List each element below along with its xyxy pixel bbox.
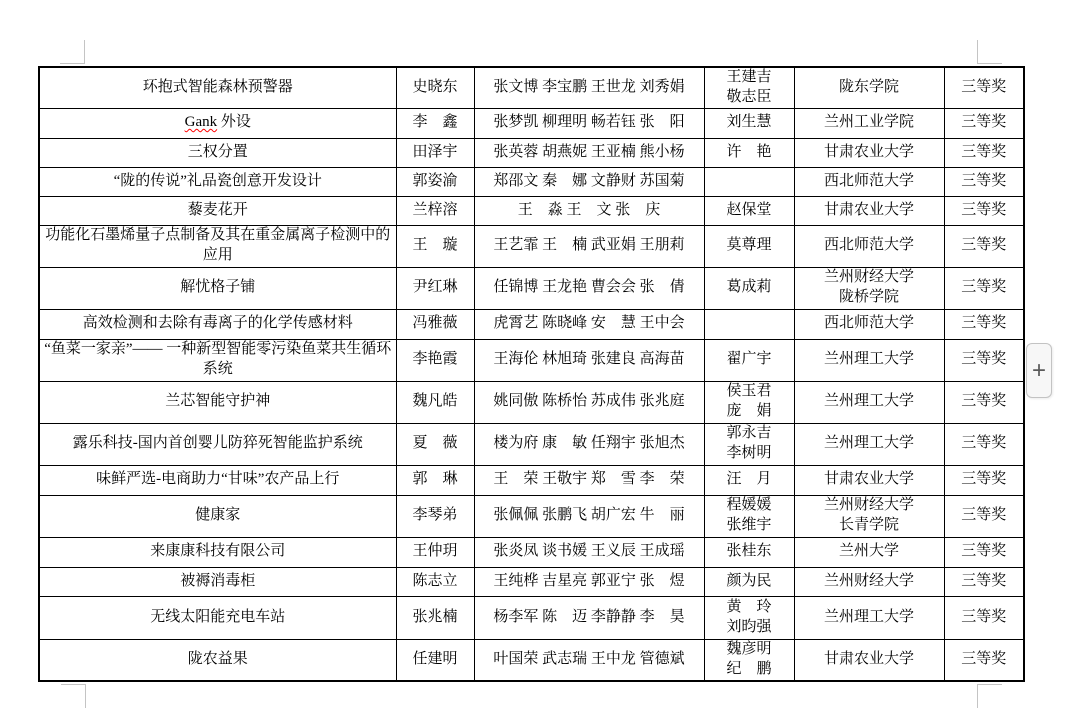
cell-advisor[interactable]: 赵保堂 <box>704 196 794 225</box>
awards-table: 环抱式智能森林预警器史晓东张文博 李宝鹏 王世龙 刘秀娟王建吉敬志臣陇东学院三等… <box>38 66 1025 682</box>
cell-school[interactable]: 兰州财经大学长青学院 <box>794 495 944 537</box>
cell-advisor[interactable]: 许 艳 <box>704 138 794 167</box>
cell-leader[interactable]: 兰梓溶 <box>396 196 474 225</box>
table-row: 露乐科技-国内首创婴儿防猝死智能监护系统夏 薇楼为府 康 敏 任翔宇 张旭杰郭永… <box>39 423 1024 465</box>
cell-school[interactable]: 兰州财经大学陇桥学院 <box>794 267 944 309</box>
cell-project[interactable]: 功能化石墨烯量子点制备及其在重金属离子检测中的应用 <box>39 225 396 267</box>
cell-advisor[interactable]: 魏彦明纪 鹏 <box>704 639 794 681</box>
add-button[interactable]: + <box>1026 343 1052 398</box>
cell-advisor[interactable]: 郭永吉李树明 <box>704 423 794 465</box>
table-row: 被褥消毒柜陈志立王纯桦 吉星亮 郭亚宁 张 煜颜为民兰州财经大学三等奖 <box>39 567 1024 596</box>
cell-members[interactable]: 王 淼 王 文 张 庆 <box>474 196 704 225</box>
cell-advisor[interactable] <box>704 167 794 196</box>
cell-members[interactable]: 姚同傲 陈桥怡 苏成伟 张兆庭 <box>474 381 704 423</box>
cell-members[interactable]: 虎霄艺 陈晓峰 安 慧 王中会 <box>474 309 704 339</box>
cell-school[interactable]: 甘肃农业大学 <box>794 196 944 225</box>
cell-award[interactable]: 三等奖 <box>944 108 1024 138</box>
cell-award[interactable]: 三等奖 <box>944 67 1024 108</box>
cell-project[interactable]: 健康家 <box>39 495 396 537</box>
cell-members[interactable]: 张英蓉 胡燕妮 王亚楠 熊小杨 <box>474 138 704 167</box>
cell-award[interactable]: 三等奖 <box>944 639 1024 681</box>
cell-award[interactable]: 三等奖 <box>944 423 1024 465</box>
cell-project[interactable]: 高效检测和去除有毒离子的化学传感材料 <box>39 309 396 339</box>
cell-award[interactable]: 三等奖 <box>944 138 1024 167</box>
cell-members[interactable]: 张炎凤 谈书媛 王义辰 王成瑶 <box>474 537 704 567</box>
cell-award[interactable]: 三等奖 <box>944 309 1024 339</box>
cell-advisor[interactable]: 颜为民 <box>704 567 794 596</box>
page-corner-mark-top-right <box>977 40 1002 64</box>
cell-members[interactable]: 叶国荣 武志瑞 王中龙 管德斌 <box>474 639 704 681</box>
cell-members[interactable]: 王海伦 林旭琦 张建良 高海苗 <box>474 339 704 381</box>
cell-advisor[interactable]: 汪 月 <box>704 465 794 495</box>
cell-project[interactable]: 兰芯智能守护神 <box>39 381 396 423</box>
cell-school[interactable]: 兰州理工大学 <box>794 381 944 423</box>
cell-school[interactable]: 西北师范大学 <box>794 167 944 196</box>
cell-project[interactable]: 三权分置 <box>39 138 396 167</box>
cell-school[interactable]: 甘肃农业大学 <box>794 138 944 167</box>
cell-leader[interactable]: 冯雅薇 <box>396 309 474 339</box>
table-row: 来康康科技有限公司王仲玥张炎凤 谈书媛 王义辰 王成瑶张桂东兰州大学三等奖 <box>39 537 1024 567</box>
cell-members[interactable]: 王 荣 王敬宇 郑 雪 李 荣 <box>474 465 704 495</box>
page-corner-mark-bottom-left <box>61 684 86 708</box>
cell-members[interactable]: 张文博 李宝鹏 王世龙 刘秀娟 <box>474 67 704 108</box>
page-corner-mark-top-left <box>60 40 85 64</box>
cell-school[interactable]: 兰州财经大学 <box>794 567 944 596</box>
cell-leader[interactable]: 李 鑫 <box>396 108 474 138</box>
cell-leader[interactable]: 尹红琳 <box>396 267 474 309</box>
cell-advisor[interactable]: 莫尊理 <box>704 225 794 267</box>
cell-leader[interactable]: 张兆楠 <box>396 596 474 639</box>
cell-leader[interactable]: 魏凡皓 <box>396 381 474 423</box>
cell-leader[interactable]: 王 璇 <box>396 225 474 267</box>
cell-advisor[interactable]: 翟广宇 <box>704 339 794 381</box>
cell-award[interactable]: 三等奖 <box>944 495 1024 537</box>
cell-school[interactable]: 西北师范大学 <box>794 225 944 267</box>
cell-school[interactable]: 兰州工业学院 <box>794 108 944 138</box>
cell-school[interactable]: 兰州理工大学 <box>794 596 944 639</box>
cell-school[interactable]: 兰州大学 <box>794 537 944 567</box>
cell-award[interactable]: 三等奖 <box>944 196 1024 225</box>
cell-school[interactable]: 陇东学院 <box>794 67 944 108</box>
cell-advisor[interactable]: 刘生慧 <box>704 108 794 138</box>
cell-project[interactable]: 环抱式智能森林预警器 <box>39 67 396 108</box>
cell-award[interactable]: 三等奖 <box>944 339 1024 381</box>
table-row: 健康家李琴弟张佩佩 张鹏飞 胡广宏 牛 丽程媛媛张维宇兰州财经大学长青学院三等奖 <box>39 495 1024 537</box>
cell-advisor[interactable]: 黄 玲刘昀强 <box>704 596 794 639</box>
cell-advisor[interactable] <box>704 309 794 339</box>
page-corner-mark-bottom-right <box>977 684 1002 708</box>
cell-members[interactable]: 王纯桦 吉星亮 郭亚宁 张 煜 <box>474 567 704 596</box>
cell-project[interactable]: 陇农益果 <box>39 639 396 681</box>
cell-members[interactable]: 王艺霏 王 楠 武亚娟 王朋莉 <box>474 225 704 267</box>
table-row: “陇的传说”礼品瓷创意开发设计郭姿渝郑邵文 秦 娜 文静财 苏国菊西北师范大学三… <box>39 167 1024 196</box>
cell-advisor[interactable]: 侯玉君庞 娟 <box>704 381 794 423</box>
cell-project[interactable]: Gank 外设 <box>39 108 396 138</box>
misspelled-word: Gank <box>185 114 218 130</box>
cell-advisor[interactable]: 葛成莉 <box>704 267 794 309</box>
cell-school[interactable]: 兰州理工大学 <box>794 339 944 381</box>
cell-members[interactable]: 张佩佩 张鹏飞 胡广宏 牛 丽 <box>474 495 704 537</box>
cell-school[interactable]: 甘肃农业大学 <box>794 465 944 495</box>
cell-school[interactable]: 甘肃农业大学 <box>794 639 944 681</box>
cell-project[interactable]: “陇的传说”礼品瓷创意开发设计 <box>39 167 396 196</box>
cell-project[interactable]: 无线太阳能充电车站 <box>39 596 396 639</box>
cell-leader[interactable]: 郭姿渝 <box>396 167 474 196</box>
cell-award[interactable]: 三等奖 <box>944 381 1024 423</box>
cell-members[interactable]: 郑邵文 秦 娜 文静财 苏国菊 <box>474 167 704 196</box>
awards-table-body: 环抱式智能森林预警器史晓东张文博 李宝鹏 王世龙 刘秀娟王建吉敬志臣陇东学院三等… <box>39 67 1024 681</box>
table-row: 藜麦花开兰梓溶王 淼 王 文 张 庆赵保堂甘肃农业大学三等奖 <box>39 196 1024 225</box>
cell-members[interactable]: 张梦凯 柳理明 畅若钰 张 阳 <box>474 108 704 138</box>
cell-award[interactable]: 三等奖 <box>944 596 1024 639</box>
table-row: 兰芯智能守护神魏凡皓姚同傲 陈桥怡 苏成伟 张兆庭侯玉君庞 娟兰州理工大学三等奖 <box>39 381 1024 423</box>
table-row: Gank 外设李 鑫张梦凯 柳理明 畅若钰 张 阳刘生慧兰州工业学院三等奖 <box>39 108 1024 138</box>
cell-members[interactable]: 楼为府 康 敏 任翔宇 张旭杰 <box>474 423 704 465</box>
table-row: 三权分置田泽宇张英蓉 胡燕妮 王亚楠 熊小杨许 艳甘肃农业大学三等奖 <box>39 138 1024 167</box>
cell-award[interactable]: 三等奖 <box>944 537 1024 567</box>
cell-leader[interactable]: 陈志立 <box>396 567 474 596</box>
cell-project[interactable]: 来康康科技有限公司 <box>39 537 396 567</box>
cell-leader[interactable]: 任建明 <box>396 639 474 681</box>
table-row: 味鲜严选-电商助力“甘味”农产品上行郭 琳王 荣 王敬宇 郑 雪 李 荣汪 月甘… <box>39 465 1024 495</box>
cell-members[interactable]: 任锦博 王龙艳 曹会会 张 倩 <box>474 267 704 309</box>
cell-school[interactable]: 西北师范大学 <box>794 309 944 339</box>
table-row: 功能化石墨烯量子点制备及其在重金属离子检测中的应用王 璇王艺霏 王 楠 武亚娟 … <box>39 225 1024 267</box>
cell-leader[interactable]: 郭 琳 <box>396 465 474 495</box>
cell-members[interactable]: 杨李军 陈 迈 李静静 李 昊 <box>474 596 704 639</box>
cell-leader[interactable]: 李艳霞 <box>396 339 474 381</box>
cell-award[interactable]: 三等奖 <box>944 225 1024 267</box>
cell-project[interactable]: 味鲜严选-电商助力“甘味”农产品上行 <box>39 465 396 495</box>
cell-school[interactable]: 兰州理工大学 <box>794 423 944 465</box>
cell-advisor[interactable]: 张桂东 <box>704 537 794 567</box>
cell-leader[interactable]: 李琴弟 <box>396 495 474 537</box>
table-row: 环抱式智能森林预警器史晓东张文博 李宝鹏 王世龙 刘秀娟王建吉敬志臣陇东学院三等… <box>39 67 1024 108</box>
plus-icon: + <box>1032 357 1046 385</box>
cell-award[interactable]: 三等奖 <box>944 267 1024 309</box>
cell-leader[interactable]: 夏 薇 <box>396 423 474 465</box>
cell-leader[interactable]: 王仲玥 <box>396 537 474 567</box>
cell-advisor[interactable]: 王建吉敬志臣 <box>704 67 794 108</box>
table-row: “鱼菜一家亲”—— 一种新型智能零污染鱼菜共生循环系统李艳霞王海伦 林旭琦 张建… <box>39 339 1024 381</box>
cell-project[interactable]: 解忧格子铺 <box>39 267 396 309</box>
cell-award[interactable]: 三等奖 <box>944 167 1024 196</box>
cell-award[interactable]: 三等奖 <box>944 567 1024 596</box>
table-row: 陇农益果任建明叶国荣 武志瑞 王中龙 管德斌魏彦明纪 鹏甘肃农业大学三等奖 <box>39 639 1024 681</box>
cell-award[interactable]: 三等奖 <box>944 465 1024 495</box>
cell-project[interactable]: “鱼菜一家亲”—— 一种新型智能零污染鱼菜共生循环系统 <box>39 339 396 381</box>
cell-leader[interactable]: 田泽宇 <box>396 138 474 167</box>
cell-project[interactable]: 藜麦花开 <box>39 196 396 225</box>
cell-project[interactable]: 被褥消毒柜 <box>39 567 396 596</box>
cell-leader[interactable]: 史晓东 <box>396 67 474 108</box>
table-row: 高效检测和去除有毒离子的化学传感材料冯雅薇虎霄艺 陈晓峰 安 慧 王中会西北师范… <box>39 309 1024 339</box>
table-row: 无线太阳能充电车站张兆楠杨李军 陈 迈 李静静 李 昊黄 玲刘昀强兰州理工大学三… <box>39 596 1024 639</box>
cell-advisor[interactable]: 程媛媛张维宇 <box>704 495 794 537</box>
table-row: 解忧格子铺尹红琳任锦博 王龙艳 曹会会 张 倩葛成莉兰州财经大学陇桥学院三等奖 <box>39 267 1024 309</box>
cell-project[interactable]: 露乐科技-国内首创婴儿防猝死智能监护系统 <box>39 423 396 465</box>
